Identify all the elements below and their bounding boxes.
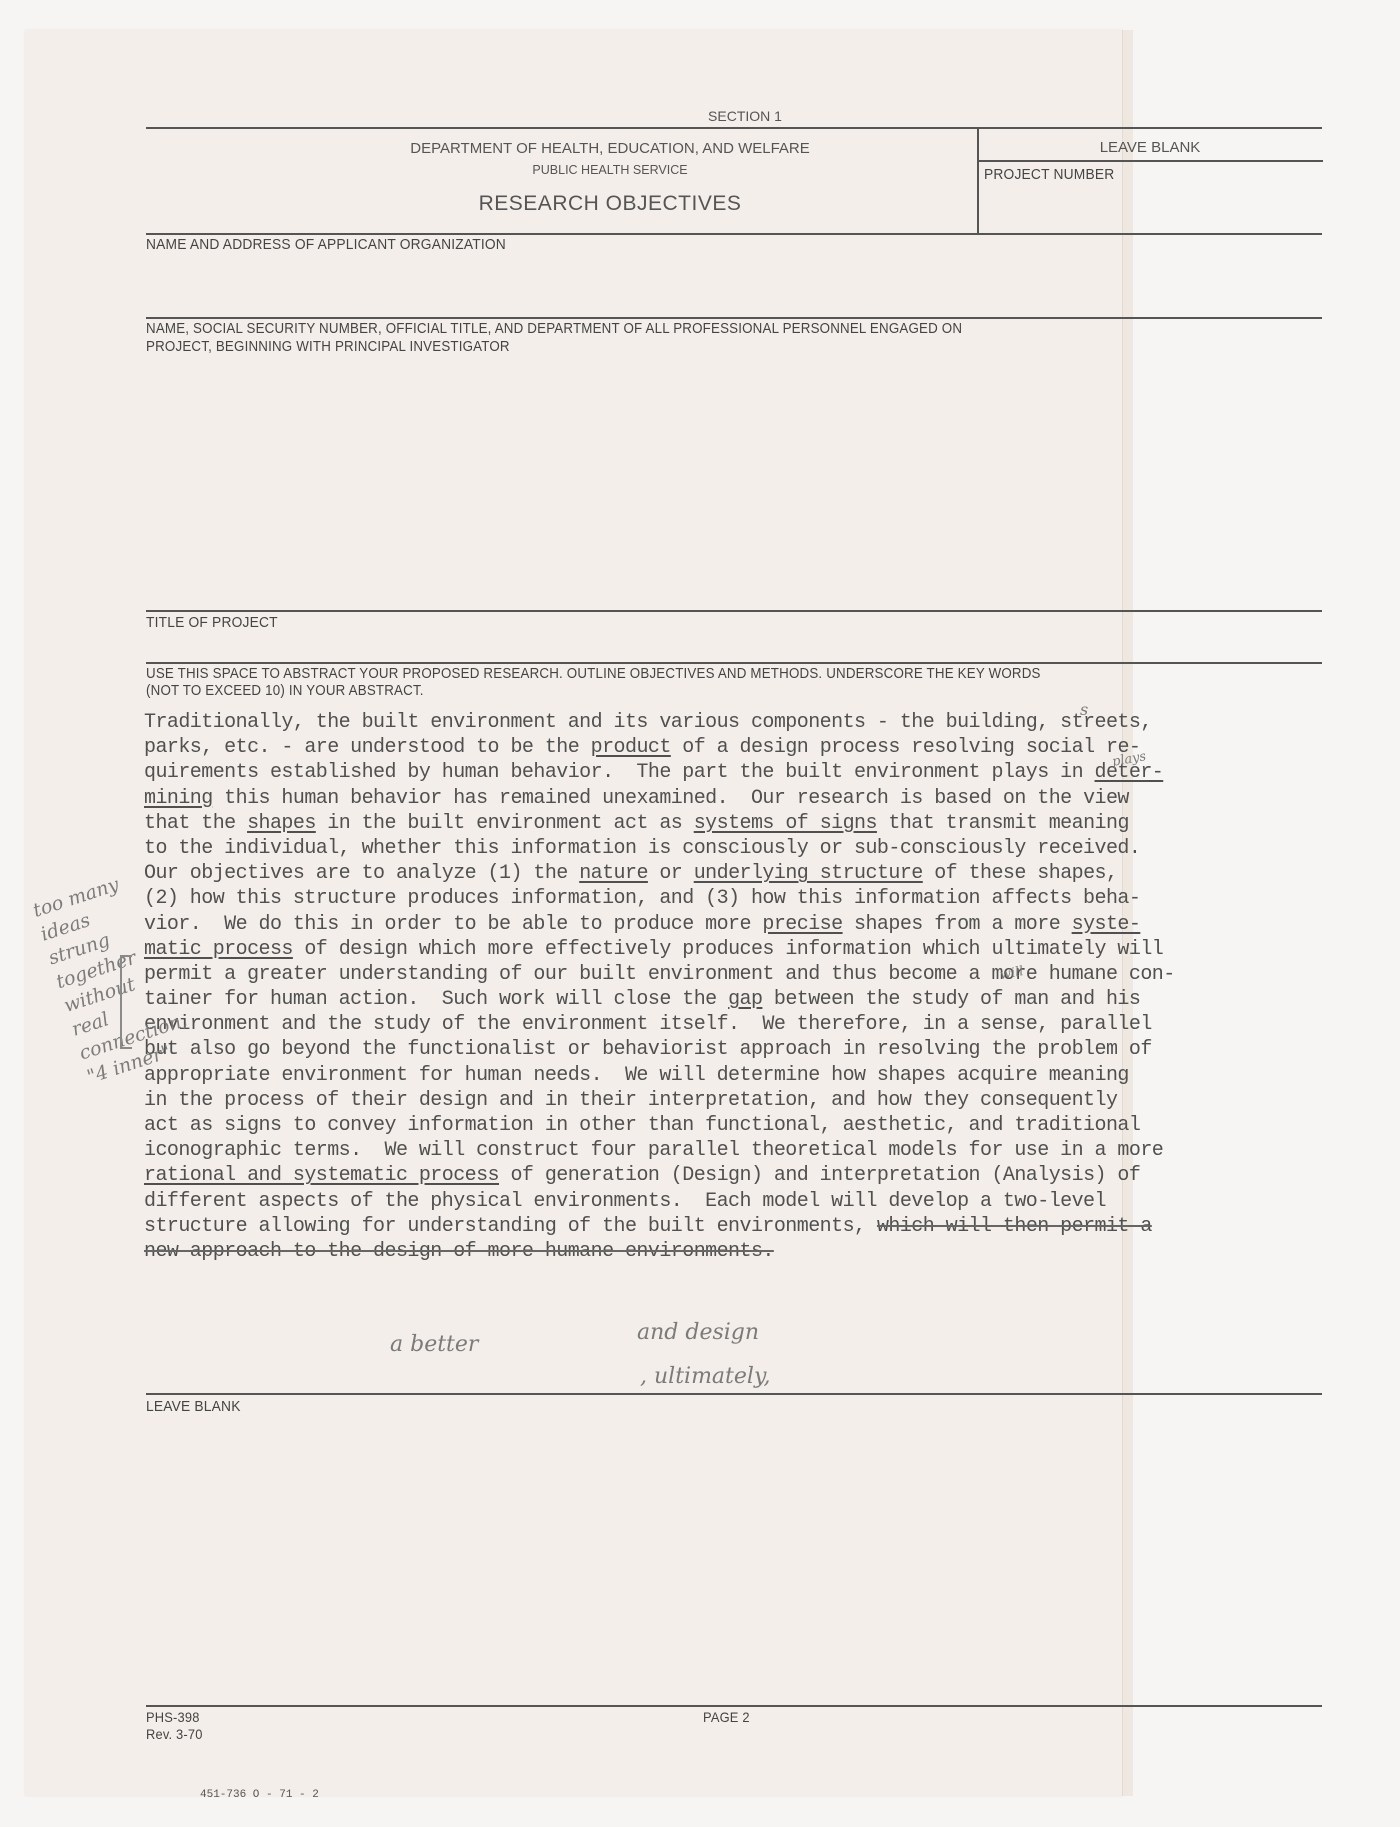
abstract-line: tainer for human action. Such work will … [144, 987, 1344, 1012]
keyword: syste- [1072, 913, 1141, 936]
abstract-line: that the shapes in the built environment… [144, 811, 1344, 836]
text-run: different aspects of the physical enviro… [144, 1190, 1106, 1213]
abstract-line: new approach to the design of more human… [144, 1239, 1344, 1264]
keyword: nature [579, 862, 648, 885]
text-run: Our objectives are to analyze (1) the [144, 862, 579, 885]
text-run: that the [144, 812, 247, 835]
department-label: DEPARTMENT OF HEALTH, EDUCATION, AND WEL… [300, 140, 920, 157]
rule-header-divider [977, 127, 979, 234]
keyword: mining [144, 787, 213, 810]
text-run: of generation (Design) and interpretatio… [499, 1164, 1140, 1187]
project-title-label: TITLE OF PROJECT [146, 614, 278, 631]
annotation-s: s [1080, 700, 1088, 719]
keyword: precise [762, 913, 842, 936]
keyword: underlying structure [694, 862, 923, 885]
abstract-line: iconographic terms. We will construct fo… [144, 1138, 1344, 1163]
text-run: of design which more effectively produce… [293, 938, 1163, 961]
form-title: RESEARCH OBJECTIVES [300, 192, 920, 216]
text-run: act as signs to convey information in ot… [144, 1114, 1140, 1137]
service-label: PUBLIC HEALTH SERVICE [300, 163, 920, 177]
rule-top [146, 127, 1322, 129]
text-run: to the individual, whether this informat… [144, 837, 1140, 860]
abstract-line: quirements established by human behavior… [144, 760, 1344, 785]
text-run: in the process of their design and in th… [144, 1089, 1117, 1112]
text-run: environment and the study of the environ… [144, 1013, 1152, 1036]
text-run: tainer for human action. Such work will … [144, 988, 728, 1011]
annotation-ultimately: , ultimately, [640, 1364, 770, 1389]
abstract-line: to the individual, whether this informat… [144, 836, 1344, 861]
rule-header-bottom [146, 233, 1322, 235]
keyword: systems of signs [694, 812, 877, 835]
project-number-label: PROJECT NUMBER [984, 166, 1114, 183]
text-run: parks, etc. - are understood to be the [144, 736, 591, 759]
abstract-line: different aspects of the physical enviro… [144, 1189, 1344, 1214]
annotation-and-design: and design [637, 1320, 759, 1345]
rule-abstract [146, 662, 1322, 664]
leave-blank-bottom-label: LEAVE BLANK [146, 1398, 241, 1415]
form-number: PHS-398 [146, 1709, 200, 1725]
rule-leave-blank [979, 160, 1323, 162]
abstract-line: structure allowing for understanding of … [144, 1214, 1344, 1239]
text-run: in the built environment act as [316, 812, 694, 835]
personnel-label-line2: PROJECT, BEGINNING WITH PRINCIPAL INVEST… [146, 339, 510, 355]
page-number: PAGE 2 [703, 1709, 750, 1725]
text-run: appropriate environment for human needs.… [144, 1064, 1129, 1087]
text-run: or [648, 862, 694, 885]
rule-leave-blank-bottom [146, 1393, 1322, 1395]
abstract-instructions-line2: (NOT TO EXCEED 10) IN YOUR ABSTRACT. [146, 683, 424, 699]
abstract-instructions-line1: USE THIS SPACE TO ABSTRACT YOUR PROPOSED… [146, 666, 1041, 682]
keyword: product [591, 736, 671, 759]
text-run: but also go beyond the functionalist or … [144, 1038, 1152, 1061]
abstract-line: environment and the study of the environ… [144, 1012, 1344, 1037]
struck-text: which will then permit a [877, 1215, 1152, 1238]
text-run: between the study of man and his [762, 988, 1140, 1011]
personnel-label-line1: NAME, SOCIAL SECURITY NUMBER, OFFICIAL T… [146, 321, 962, 337]
abstract-line: permit a greater understanding of our bu… [144, 962, 1344, 987]
abstract-line: mining this human behavior has remained … [144, 786, 1344, 811]
rule-footer [146, 1705, 1322, 1707]
text-run: of these shapes, [923, 862, 1118, 885]
abstract-line: Traditionally, the built environment and… [144, 710, 1344, 735]
rule-title [146, 610, 1322, 612]
abstract-line: parks, etc. - are understood to be the p… [144, 735, 1344, 760]
abstract-line: rational and systematic process of gener… [144, 1163, 1344, 1188]
text-run: vior. We do this in order to be able to … [144, 913, 762, 936]
revision-label: Rev. 3-70 [146, 1726, 203, 1742]
rule-personnel [146, 317, 1322, 319]
margin-bracket [120, 955, 132, 1049]
text-run: this human behavior has remained unexami… [213, 787, 1129, 810]
text-run: structure allowing for understanding of … [144, 1215, 877, 1238]
abstract-line: (2) how this structure produces informat… [144, 886, 1344, 911]
print-code: 451-736 O - 71 - 2 [200, 1789, 319, 1801]
text-run: quirements established by human behavior… [144, 761, 1095, 784]
abstract-line: act as signs to convey information in ot… [144, 1113, 1344, 1138]
abstract-text: Traditionally, the built environment and… [144, 710, 1344, 1264]
applicant-org-label: NAME AND ADDRESS OF APPLICANT ORGANIZATI… [146, 236, 506, 253]
keyword: gap [728, 988, 762, 1011]
text-run: (2) how this structure produces informat… [144, 887, 1140, 910]
keyword: shapes [247, 812, 316, 835]
abstract-line: appropriate environment for human needs.… [144, 1063, 1344, 1088]
text-run: iconographic terms. We will construct fo… [144, 1139, 1163, 1162]
abstract-line: but also go beyond the functionalist or … [144, 1037, 1344, 1062]
struck-text: new approach to the design of more human… [144, 1240, 774, 1263]
section-label: SECTION 1 [620, 108, 870, 124]
text-run: of a design process resolving social re- [671, 736, 1141, 759]
keyword: rational and systematic process [144, 1164, 499, 1187]
abstract-line: vior. We do this in order to be able to … [144, 912, 1344, 937]
text-run: that transmit meaning [877, 812, 1129, 835]
text-run: Traditionally, the built environment and… [144, 711, 1152, 734]
leave-blank-top-label: LEAVE BLANK [980, 139, 1320, 156]
text-run: shapes from a more [843, 913, 1072, 936]
annotation-a-better: a better [390, 1332, 478, 1357]
abstract-line: in the process of their design and in th… [144, 1088, 1344, 1113]
abstract-line: matic process of design which more effec… [144, 937, 1344, 962]
abstract-line: Our objectives are to analyze (1) the na… [144, 861, 1344, 886]
